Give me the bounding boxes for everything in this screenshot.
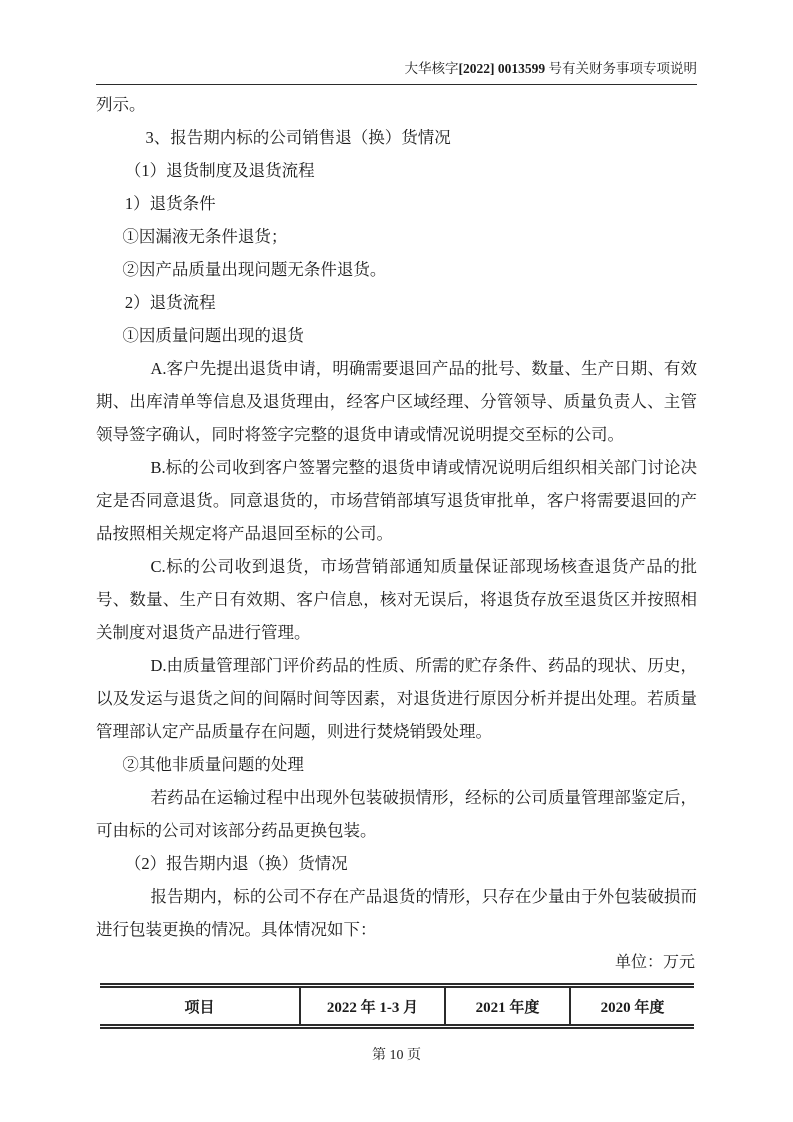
heading-subsection-1: （1）退货制度及退货流程 [96, 154, 697, 187]
document-header: 大华核字[2022] 0013599 号有关财务事项专项说明 [96, 60, 697, 85]
header-reference-prefix: 大华核字 [405, 61, 459, 76]
list-item-non-quality: ②其他非质量问题的处理 [96, 748, 697, 781]
body-paragraph-packaging: 若药品在运输过程中出现外包装破损情形，经标的公司质量管理部鉴定后，可由标的公司对… [96, 781, 697, 847]
header-reference: 大华核字[2022] 0013599 号有关财务事项专项说明 [405, 61, 698, 76]
page-number-footer: 第 10 页 [96, 1044, 697, 1064]
table-header-2022-q1: 2022 年 1-3 月 [300, 986, 445, 1027]
list-item-condition-1: ①因漏液无条件退货； [96, 220, 697, 253]
body-paragraph-continuation: 列示。 [96, 88, 697, 121]
body-paragraph-step-c: C.标的公司收到退货，市场营销部通知质量保证部现场核查退货产品的批号、数量、生产… [96, 550, 697, 649]
body-paragraph-step-b: B.标的公司收到客户签署完整的退货申请或情况说明后组织相关部门讨论决定是否同意退… [96, 451, 697, 550]
heading-subsection-2: （2）报告期内退（换）货情况 [96, 847, 697, 880]
table-header-row: 项目 2022 年 1-3 月 2021 年度 2020 年度 [100, 986, 694, 1027]
document-page: 大华核字[2022] 0013599 号有关财务事项专项说明 列示。 3、报告期… [0, 0, 793, 1122]
table-header-item: 项目 [100, 986, 300, 1027]
document-body: 列示。 3、报告期内标的公司销售退（换）货情况 （1）退货制度及退货流程 1）退… [96, 88, 697, 946]
heading-section-3: 3、报告期内标的公司销售退（换）货情况 [96, 121, 697, 154]
body-paragraph-report-period: 报告期内，标的公司不存在产品退货的情形，只存在少量由于外包装破损而进行包装更换的… [96, 880, 697, 946]
header-reference-number: [2022] 0013599 [459, 61, 546, 76]
table-header-2020: 2020 年度 [570, 986, 694, 1027]
heading-return-conditions: 1）退货条件 [96, 187, 697, 220]
table-header-2021: 2021 年度 [445, 986, 570, 1027]
body-paragraph-step-d: D.由质量管理部门评价药品的性质、所需的贮存条件、药品的现状、历史，以及发运与退… [96, 649, 697, 748]
body-paragraph-step-a: A.客户先提出退货申请，明确需要退回产品的批号、数量、生产日期、有效期、出库清单… [96, 352, 697, 451]
return-summary-table: 项目 2022 年 1-3 月 2021 年度 2020 年度 [100, 983, 694, 1029]
heading-return-process: 2）退货流程 [96, 286, 697, 319]
unit-note: 单位：万元 [96, 946, 697, 979]
list-item-quality-return: ①因质量问题出现的退货 [96, 319, 697, 352]
list-item-condition-2: ②因产品质量出现问题无条件退货。 [96, 253, 697, 286]
header-reference-suffix: 号有关财务事项专项说明 [545, 61, 697, 76]
